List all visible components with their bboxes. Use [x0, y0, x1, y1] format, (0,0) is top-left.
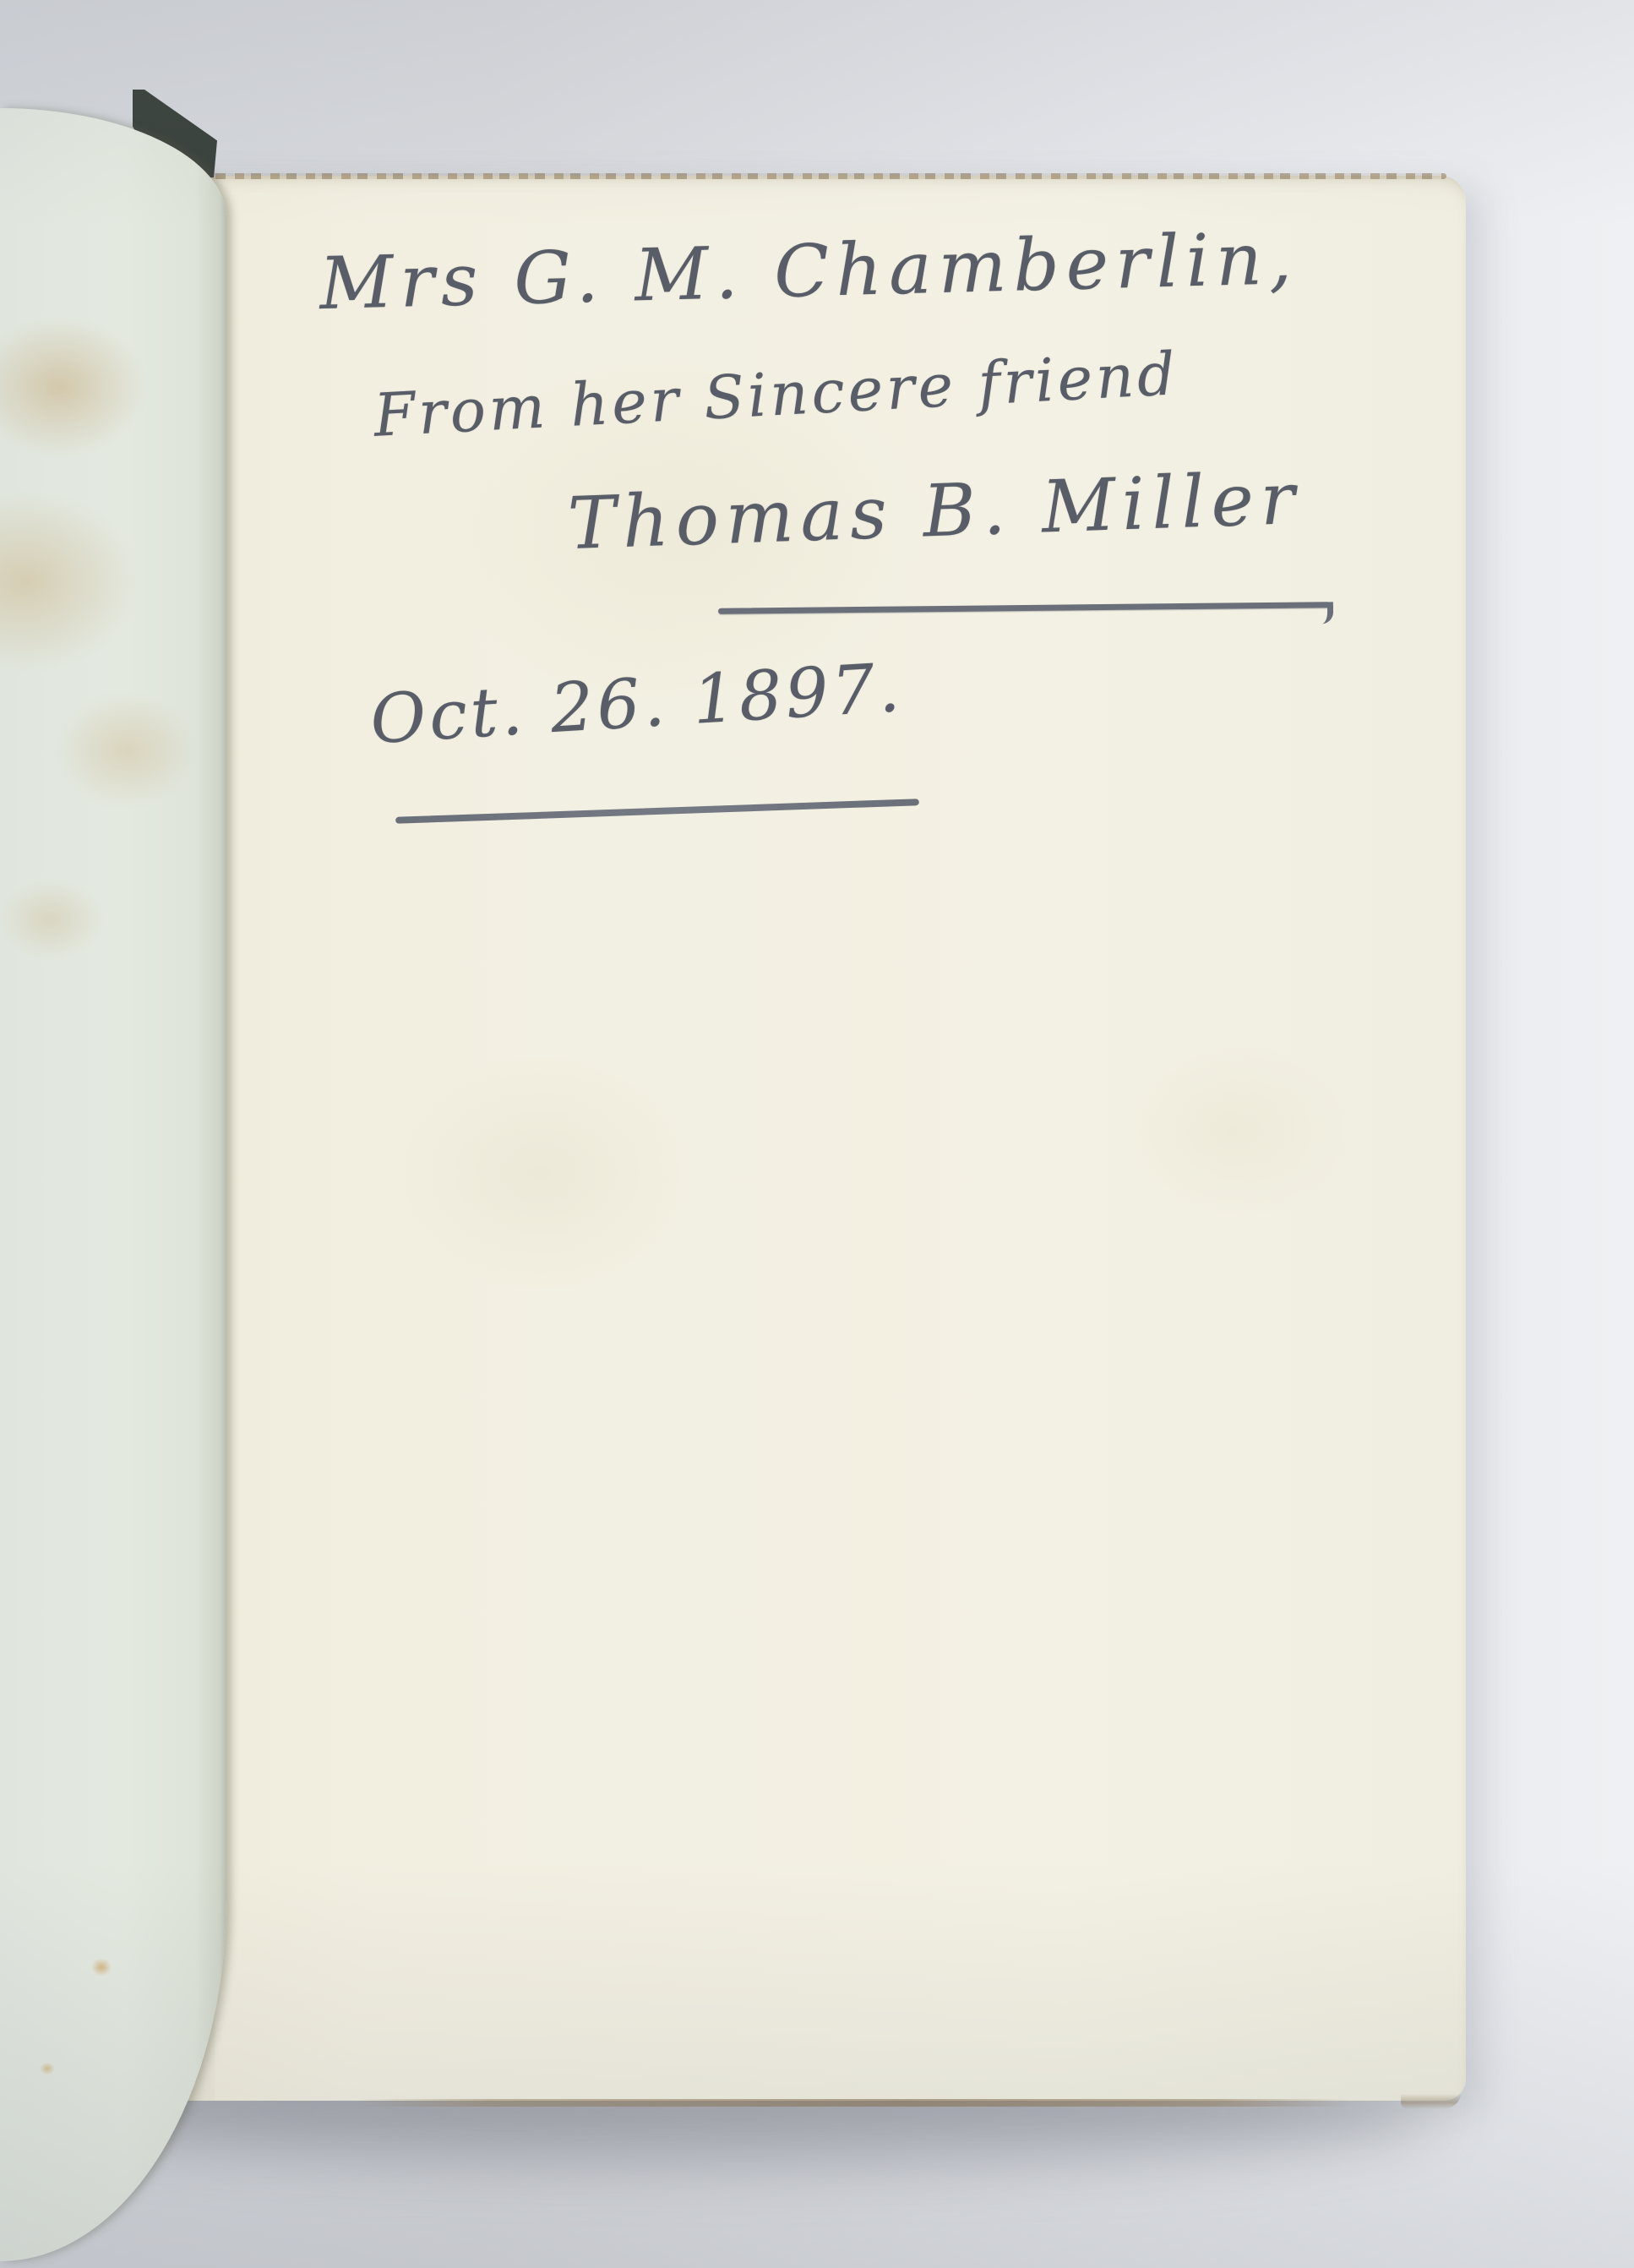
inscription-signature: Thomas B. Miller: [567, 457, 1303, 566]
text-block-bottom-edge: [355, 2099, 1352, 2107]
date-underline: [395, 799, 919, 824]
text-block-corner-edge: [1401, 2087, 1462, 2109]
left-endpaper-page: [0, 108, 226, 2261]
inscription-page: Mrs G. M. Chamberlin, From her Sincere f…: [127, 176, 1466, 2101]
inscription-recipient-line: Mrs G. M. Chamberlin,: [319, 217, 1299, 326]
inscription-date: Oct. 26. 1897.: [368, 648, 906, 759]
book-photo: Mrs G. M. Chamberlin, From her Sincere f…: [0, 0, 1634, 2268]
signature-underline: [718, 602, 1330, 614]
inscription-dedication-line: From her Sincere friend: [373, 339, 1180, 450]
deckled-top-edge: [128, 173, 1446, 179]
